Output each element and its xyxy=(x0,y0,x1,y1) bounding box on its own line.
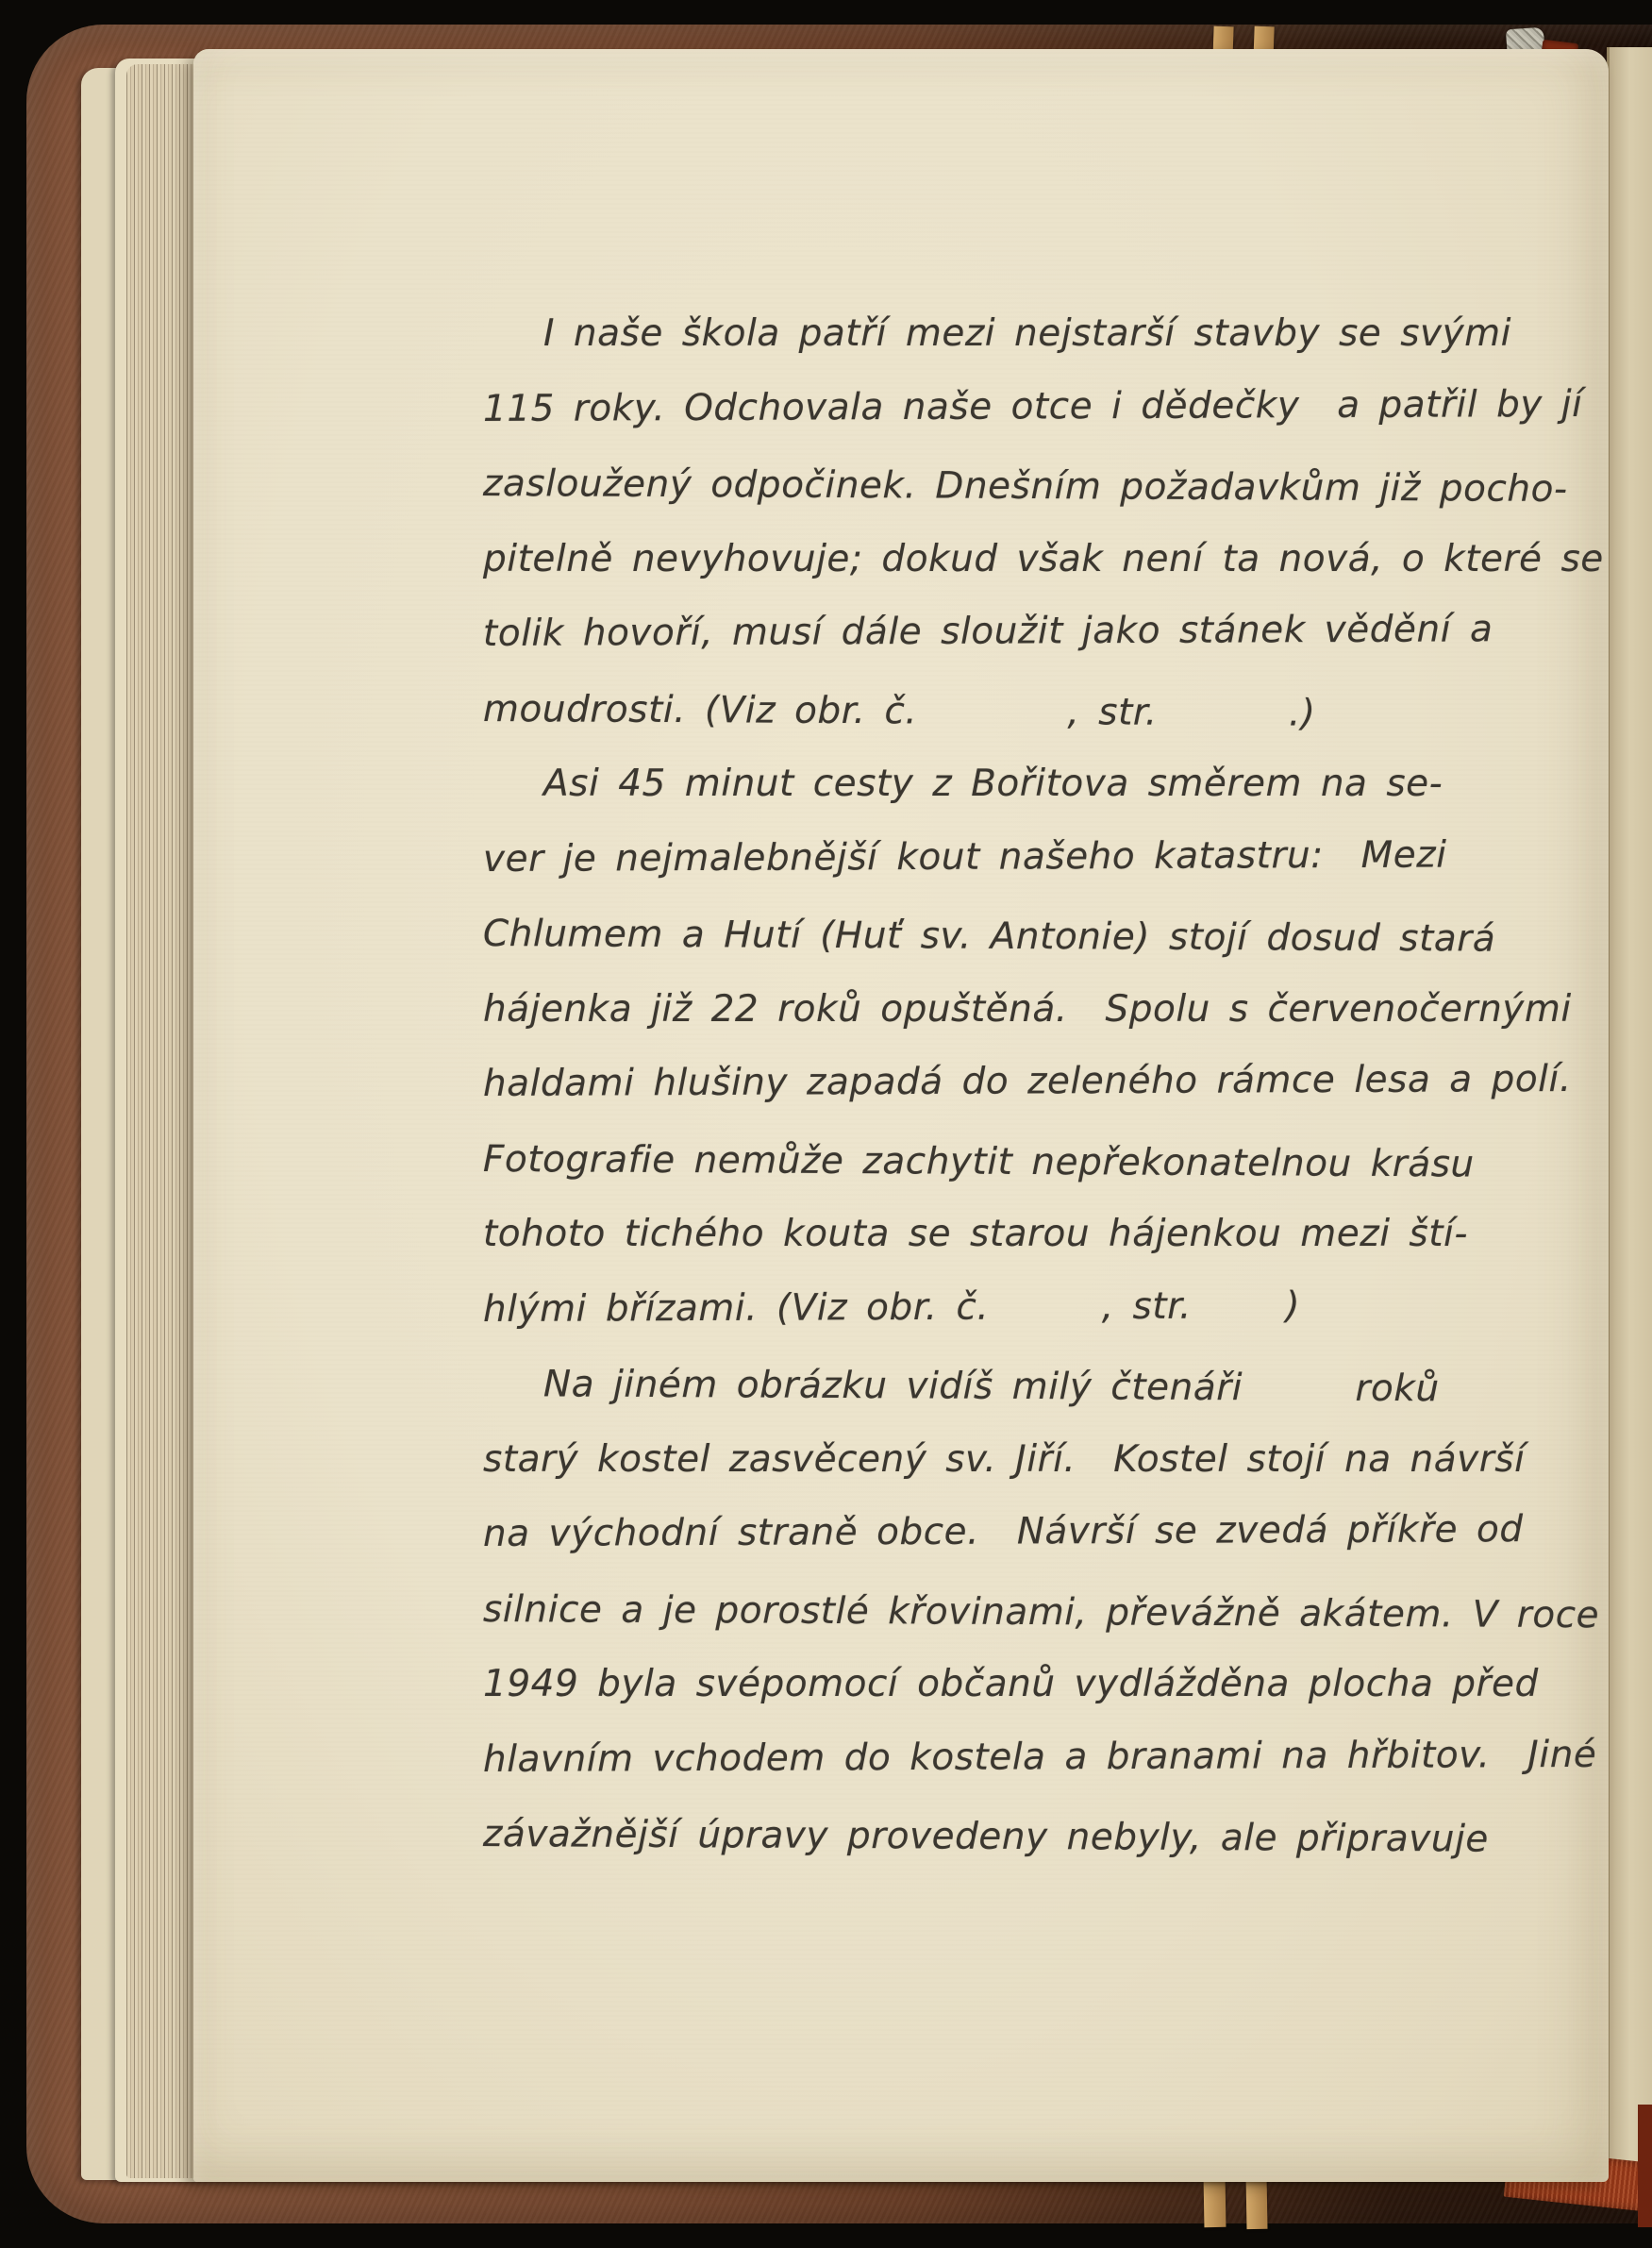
handwritten-line: zasloužený odpočinek. Dnešním požadavkům… xyxy=(483,446,1502,527)
handwritten-line: starý kostel zasvěcený sv. Jiří. Kostel … xyxy=(483,1422,1502,1498)
handwritten-line: 115 roky. Odchovala naše otce i dědečky … xyxy=(483,367,1502,446)
handwritten-line: tolik hovoří, musí dále sloužit jako stá… xyxy=(483,592,1502,671)
handwritten-line: haldami hlušiny zapadá do zeleného rámce… xyxy=(483,1042,1502,1121)
handwritten-line: tohoto tichého kouta se starou hájenkou … xyxy=(483,1197,1502,1272)
handwritten-line: silnice a je porostlé křovinami, převážn… xyxy=(483,1572,1502,1652)
handwritten-line: hájenka již 22 roků opuštěná. Spolu s če… xyxy=(483,972,1502,1048)
page-gutter xyxy=(1607,47,1652,2182)
handwritten-line: Fotografie nemůže zachytit nepřekonateln… xyxy=(483,1122,1502,1202)
book-photograph: I naše škola patří mezi nejstarší stavby… xyxy=(0,0,1652,2248)
handwritten-line: I naše škola patří mezi nejstarší stavby… xyxy=(483,296,1502,372)
handwritten-line: 1949 byla svépomocí občanů vydlážděna pl… xyxy=(483,1647,1502,1722)
handwritten-line: Chlumem a Hutí (Huť sv. Antonie) stojí d… xyxy=(483,897,1502,977)
handwritten-line: hlými břízami. (Viz obr. č. , str. ) xyxy=(483,1267,1502,1347)
handwritten-line: hlavním vchodem do kostela a branami na … xyxy=(483,1718,1502,1797)
handwritten-line: závažnější úpravy provedeny nebyly, ale … xyxy=(483,1797,1502,1877)
handwritten-line: moudrosti. (Viz obr. č. , str. .) xyxy=(483,672,1502,752)
page-stack-edges xyxy=(126,64,200,2178)
endpaper-fragment xyxy=(1638,2105,1652,2227)
handwritten-line: Na jiném obrázku vidíš milý čtenáři roků xyxy=(483,1347,1502,1427)
book-page: I naše škola patří mezi nejstarší stavby… xyxy=(193,49,1609,2182)
handwritten-line: pitelně nevyhovuje; dokud však není ta n… xyxy=(483,522,1502,597)
handwritten-line: na východní straně obce. Návrší se zvedá… xyxy=(483,1492,1502,1571)
binding-strap xyxy=(1245,2174,1267,2229)
handwritten-line: ver je nejmalebnější kout našeho katastr… xyxy=(483,817,1502,897)
handwritten-line: Asi 45 minut cesty z Bořitova směrem na … xyxy=(483,747,1502,822)
handwriting-text: I naše škola patří mezi nejstarší stavby… xyxy=(483,296,1502,1872)
binding-strap xyxy=(1204,2176,1226,2227)
